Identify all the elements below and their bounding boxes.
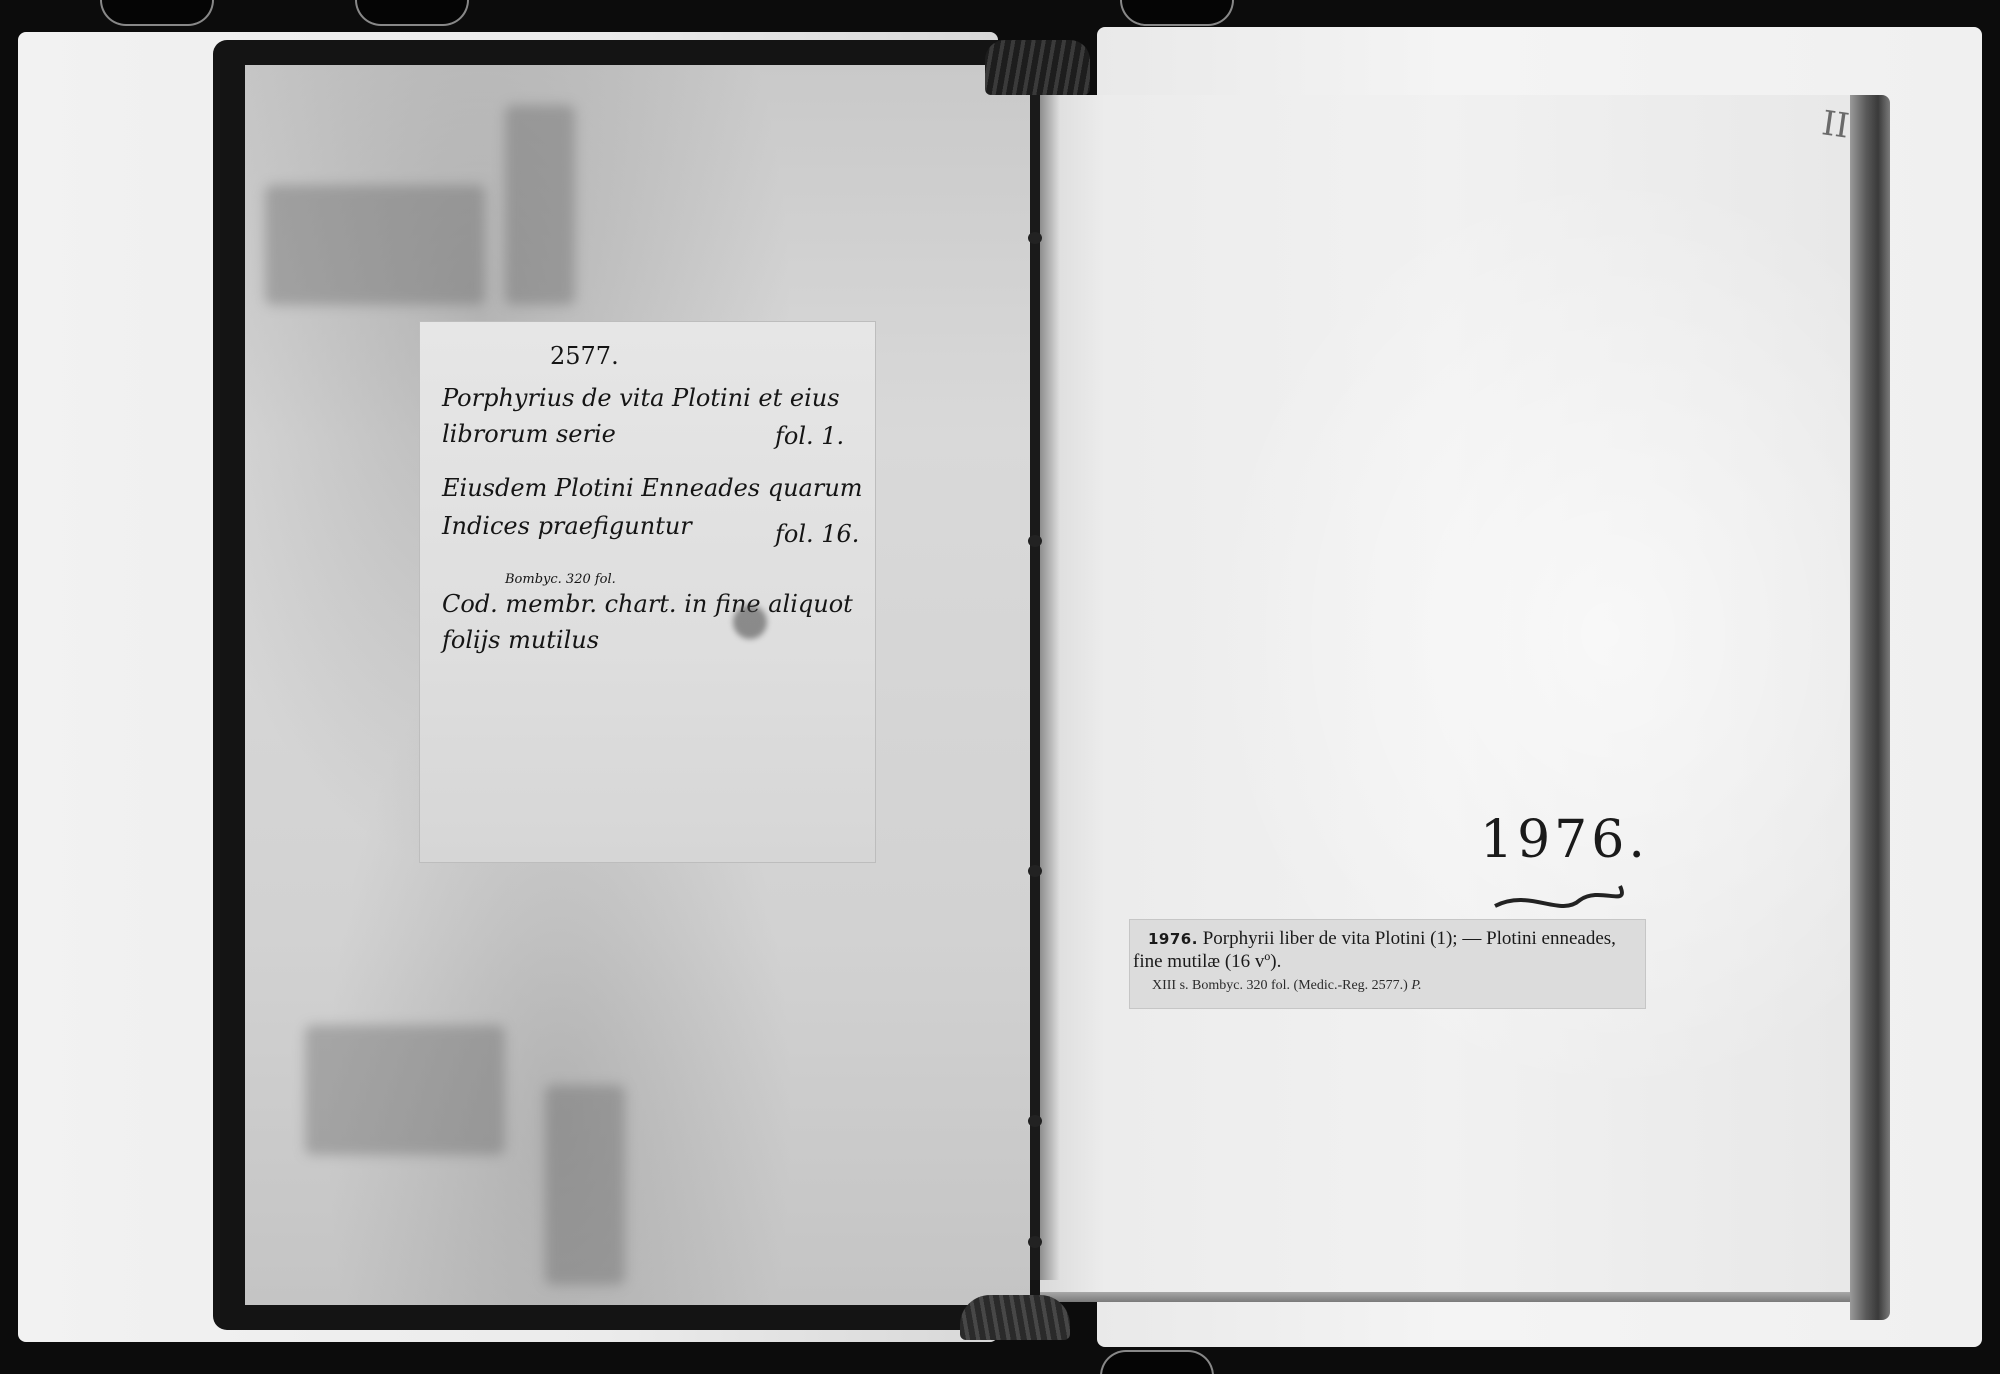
- label-line-3: XIII s. Bombyc. 320 fol. (Medic.-Reg. 25…: [1152, 978, 1422, 994]
- label-siglum: P.: [1411, 978, 1421, 993]
- stain: [505, 105, 575, 305]
- gutter-shadow: [1040, 95, 1060, 1280]
- stain: [265, 185, 485, 305]
- gutter-sewing-thread: [1030, 95, 1040, 1280]
- sewing-station: [1028, 865, 1042, 877]
- stain: [305, 1025, 505, 1155]
- film-perforation: [355, 0, 469, 26]
- catalogue-label: 1976. Porphyrii liber de vita Plotini (1…: [1130, 920, 1645, 1008]
- film-perforation: [1120, 0, 1234, 26]
- label-line-2: fine mutilæ (16 vº).: [1133, 951, 1281, 973]
- fore-edge: [1850, 95, 1890, 1320]
- label-line-1: 1976. Porphyrii liber de vita Plotini (1…: [1148, 928, 1616, 950]
- headband-bottom: [960, 1295, 1070, 1340]
- flourish-ornament: [1490, 878, 1640, 918]
- slip-folio: fol. 16.: [775, 520, 859, 548]
- right-page: [1040, 95, 1852, 1293]
- label-entry-number: 1976.: [1148, 930, 1198, 948]
- slip-line: Porphyrius de vita Plotini et eius: [442, 384, 840, 412]
- label-description: XIII s. Bombyc. 320 fol. (Medic.-Reg. 25…: [1152, 978, 1408, 993]
- slip-line: librorum serie: [442, 420, 616, 448]
- library-slip: 2577. Porphyrius de vita Plotini et eius…: [420, 322, 875, 862]
- slip-number: 2577.: [550, 342, 619, 370]
- sewing-station: [1028, 232, 1042, 244]
- stain: [545, 1085, 625, 1285]
- slip-line: Cod. membr. chart. in fine aliquot: [442, 590, 853, 618]
- slip-line: Indices praefiguntur: [442, 512, 692, 540]
- ink-blot: [733, 605, 767, 639]
- slip-interlinear-note: Bombyc. 320 fol.: [505, 572, 616, 587]
- slip-folio: fol. 1.: [775, 422, 844, 450]
- sewing-station: [1028, 535, 1042, 547]
- page-block-bottom-edge: [1040, 1292, 1870, 1302]
- film-perforation: [100, 0, 214, 26]
- slip-line: folijs mutilus: [442, 626, 599, 654]
- folio-mark: II: [1819, 103, 1851, 146]
- slip-line: Eiusdem Plotini Enneades quarum: [442, 474, 863, 502]
- label-title: Porphyrii liber de vita Plotini (1); — P…: [1203, 928, 1616, 949]
- shelfmark-number: 1976.: [1480, 810, 1649, 870]
- headband-top: [985, 40, 1090, 95]
- sewing-station: [1028, 1115, 1042, 1127]
- sewing-station: [1028, 1236, 1042, 1248]
- film-perforation: [1100, 1350, 1214, 1374]
